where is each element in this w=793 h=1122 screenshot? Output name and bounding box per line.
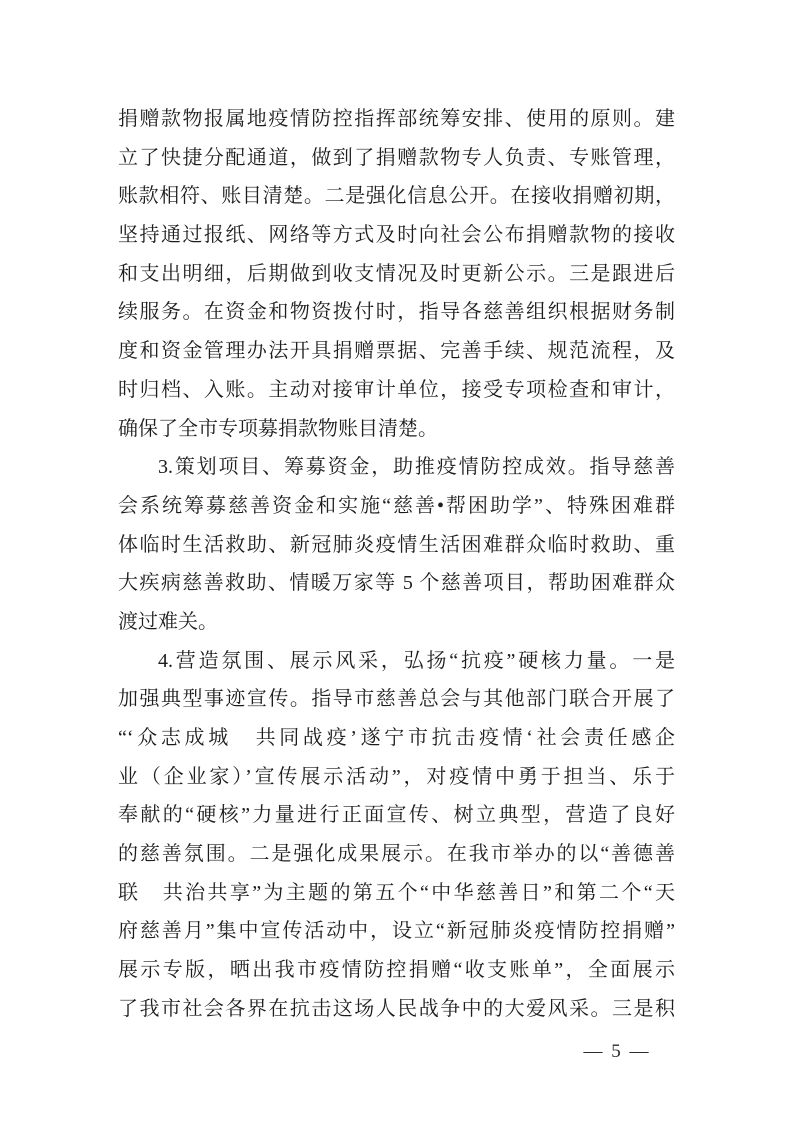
text-line: 奉献的“硬核”力量进行正面宣传、树立典型，营造了良好 bbox=[118, 796, 675, 835]
text-line: 捐赠款物报属地疫情防控指挥部统筹安排、使用的原则。建 bbox=[118, 100, 675, 139]
text-line: 大疾病慈善救助、情暖万家等 5 个慈善项目，帮助困难群众 bbox=[118, 564, 675, 603]
text-line: 加强典型事迹宣传。指导市慈善总会与其他部门联合开展了 bbox=[118, 680, 675, 719]
document-body: 捐赠款物报属地疫情防控指挥部统筹安排、使用的原则。建 立了快捷分配通道，做到了捐… bbox=[118, 100, 675, 1029]
text-line: “‘众志成城 共同战疫’遂宁市抗击疫情‘社会责任感企 bbox=[118, 719, 675, 758]
text-line: 渡过难关。 bbox=[118, 603, 675, 642]
text-line: 会系统筹募慈善资金和实施“慈善•帮困助学”、特殊困难群 bbox=[118, 487, 675, 526]
text-line: 联 共治共享”为主题的第五个“中华慈善日”和第二个“天 bbox=[118, 874, 675, 913]
text-line: 业（企业家）’宣传展示活动”，对疫情中勇于担当、乐于 bbox=[118, 758, 675, 797]
text-line: 3.策划项目、筹募资金，助推疫情防控成效。指导慈善 bbox=[118, 448, 675, 487]
text-line: 的慈善氛围。二是强化成果展示。在我市举办的以“善德善 bbox=[118, 835, 675, 874]
text-line: 4.营造氛围、展示风采，弘扬“抗疫”硬核力量。一是 bbox=[118, 642, 675, 681]
text-line: 立了快捷分配通道，做到了捐赠款物专人负责、专账管理， bbox=[118, 139, 675, 178]
text-line: 度和资金管理办法开具捐赠票据、完善手续、规范流程，及 bbox=[118, 332, 675, 371]
text-line: 展示专版，晒出我市疫情防控捐赠“收支账单”，全面展示 bbox=[118, 951, 675, 990]
text-line: 确保了全市专项募捐款物账目清楚。 bbox=[118, 410, 675, 449]
text-line: 体临时生活救助、新冠肺炎疫情生活困难群众临时救助、重 bbox=[118, 526, 675, 565]
text-line: 府慈善月”集中宣传活动中，设立“新冠肺炎疫情防控捐赠” bbox=[118, 912, 675, 951]
text-line: 时归档、入账。主动对接审计单位，接受专项检查和审计， bbox=[118, 371, 675, 410]
text-line: 坚持通过报纸、网络等方式及时向社会公布捐赠款物的接收 bbox=[118, 216, 675, 255]
document-page: 捐赠款物报属地疫情防控指挥部统筹安排、使用的原则。建 立了快捷分配通道，做到了捐… bbox=[0, 0, 793, 1122]
text-line: 和支出明细，后期做到收支情况及时更新公示。三是跟进后 bbox=[118, 255, 675, 294]
page-number: — 5 — bbox=[558, 1038, 676, 1066]
text-line: 了我市社会各界在抗击这场人民战争中的大爱风采。三是积 bbox=[118, 990, 675, 1029]
text-line: 账款相符、账目清楚。二是强化信息公开。在接收捐赠初期， bbox=[118, 177, 675, 216]
text-line: 续服务。在资金和物资拨付时，指导各慈善组织根据财务制 bbox=[118, 293, 675, 332]
